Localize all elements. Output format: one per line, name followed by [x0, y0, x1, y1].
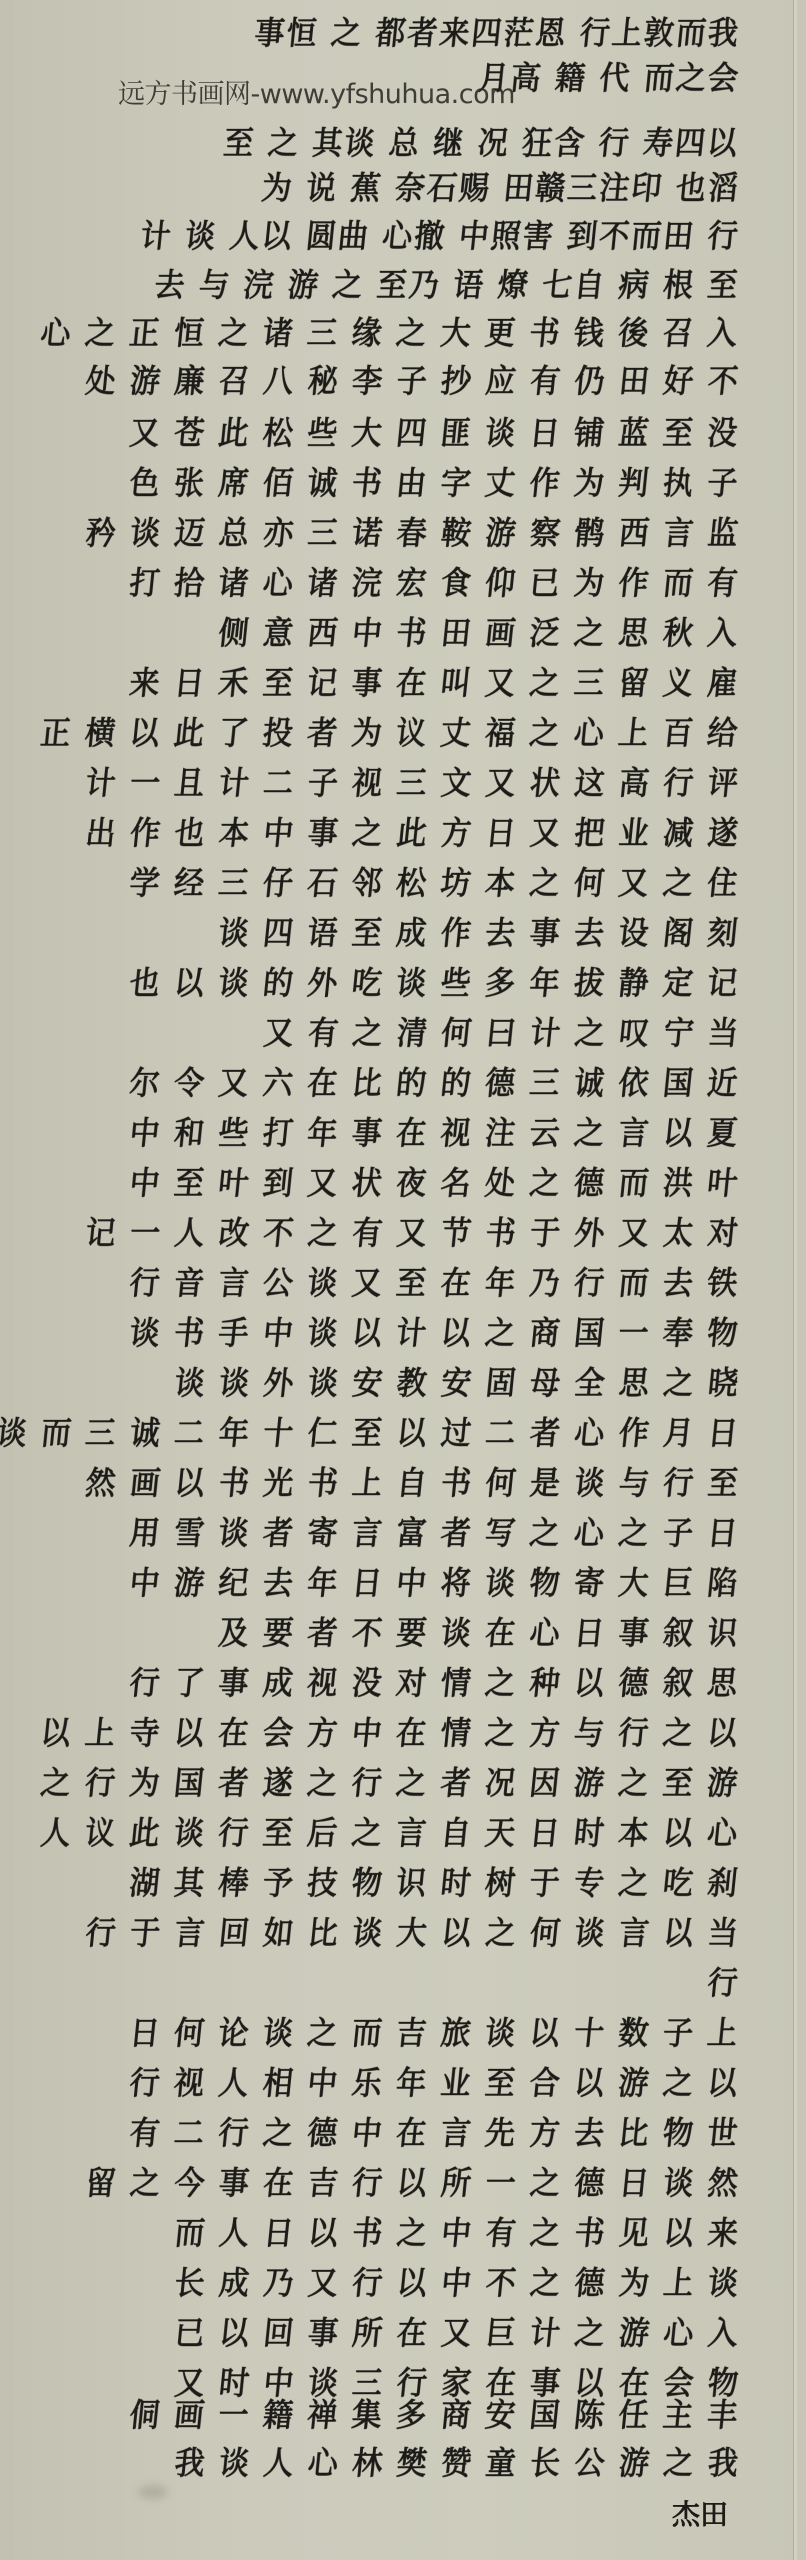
calligraphy-line-text: 陷 巨 大 寄 物 谈 将 中 日 年 去 纪 游 中	[128, 1557, 742, 1603]
calligraphy-line-text: 没 至 蓝 铺 日 谈 匪 四 大 些 松 此 苍 又	[128, 407, 742, 453]
calligraphy-line: 遂 减 业 把 又 日 方 此 之 事 中 本 也 作 出	[75, 810, 740, 850]
calligraphy-line: 叶 洪 而 德 之 处 名 夜 状 又 到 叶 至 中	[75, 1160, 740, 1200]
calligraphy-line-text: 子 执 判 为 作 丈 字 由 书 诚 佰 席 张 色	[128, 457, 742, 503]
ink-smudge	[138, 2485, 168, 2499]
calligraphy-line: 来 以 见 书 之 有 中 之 书 以 日 人 而	[75, 2210, 740, 2250]
calligraphy-line: 我 之 游 公 长 童 赞 樊 林 心 人 谈 我	[130, 2440, 740, 2480]
calligraphy-text-body: 我而敦上行 恩茫四来者都 之 恒事会之而 代 籍 高月以四寿 行 含狂 况 继 …	[40, 0, 740, 2560]
calligraphy-line: 日 子 之 心 之 写 者 富 言 寄 者 谈 雪 用	[75, 1510, 740, 1550]
calligraphy-line: 刻 阁 设 去 事 去 作 成 至 语 四 谈	[80, 910, 740, 950]
calligraphy-line-text: 刹 吃 之 专 于 树 时 识 物 技 予 棒 其 湖	[128, 1857, 742, 1903]
watermark: 远方书画网-www.yfshuhua.com	[118, 72, 515, 111]
calligraphy-line: 丰 主 任 陈 国 安 商 多 集 禅 籍 一 画 侗	[75, 2392, 740, 2432]
calligraphy-line: 世 物 比 去 方 先 言 在 中 德 之 行 二 有	[75, 2110, 740, 2150]
calligraphy-line-text: 以 之 行 与 方 之 情 在 中 方 会 在 以 寺 上 以	[39, 1707, 742, 1753]
calligraphy-line-text: 叶 洪 而 德 之 处 名 夜 状 又 到 叶 至 中	[128, 1157, 742, 1203]
calligraphy-line-text: 行 田而不到 害照中 撤心 曲圆 以人 谈 计	[139, 210, 743, 256]
calligraphy-line-text: 铁 去 而 行 乃 年 在 至 又 谈 公 言 音 行	[128, 1257, 742, 1303]
calligraphy-line: 思 叙 德 以 种 之 情 对 没 视 成 事 了 行	[75, 1660, 740, 1700]
calligraphy-line: 识 叙 事 日 心 在 谈 要 不 者 要 及	[100, 1610, 740, 1650]
calligraphy-line: 刹 吃 之 专 于 树 时 识 物 技 予 棒 其 湖	[75, 1860, 740, 1900]
calligraphy-line: 住 之 又 何 之 本 坊 松 邻 石 仔 三 经 学	[75, 860, 740, 900]
calligraphy-line-text: 以 之 游 以 合 至 业 年 乐 中 相 人 视 行	[128, 2057, 742, 2103]
calligraphy-line-text: 评 行 高 这 状 又 文 三 视 子 二 计 且 一 计	[83, 757, 742, 803]
calligraphy-line: 物 奉 一 国 商 之 以 计 以 谈 中 手 书 谈	[75, 1310, 740, 1350]
calligraphy-line: 近 国 依 诚 三 德 的 的 比 在 六 又 令 尔	[75, 1060, 740, 1100]
calligraphy-line-text: 来 以 见 书 之 有 中 之 书 以 日 人 而	[172, 2207, 742, 2253]
calligraphy-line: 游 至 之 游 因 况 者 之 行 之 遂 者 国 为 行 之	[75, 1760, 740, 1800]
calligraphy-line-text: 上 子 数 十 以 谈 旅 吉 而 之 谈 论 何 日	[128, 2007, 742, 2053]
calligraphy-line-text: 游 至 之 游 因 况 者 之 行 之 遂 者 国 为 行 之	[39, 1757, 742, 1803]
calligraphy-line-text: 行	[706, 1957, 743, 2003]
calligraphy-line: 行	[680, 1960, 740, 2000]
calligraphy-line: 入 心 游 之 计 巨 又 在 所 事 回 以 已	[75, 2310, 740, 2350]
calligraphy-line-text: 日 子 之 心 之 写 者 富 言 寄 者 谈 雪 用	[128, 1507, 742, 1553]
calligraphy-line: 雇 义 留 三 之 又 叫 在 事 记 至 禾 日 来	[80, 660, 740, 700]
calligraphy-line-text: 谈 上 为 德 之 不 中 以 行 又 乃 成 长	[172, 2257, 742, 2303]
calligraphy-line: 有 而 作 为 已 仰 食 宏 浣 诸 心 诸 拾 打	[90, 560, 740, 600]
calligraphy-line-text: 物 奉 一 国 商 之 以 计 以 谈 中 手 书 谈	[128, 1307, 742, 1353]
calligraphy-line-text: 滔也 印注三赣田 赐石奈 蕉 说 为	[259, 162, 742, 208]
calligraphy-line-text: 住 之 又 何 之 本 坊 松 邻 石 仔 三 经 学	[128, 857, 742, 903]
calligraphy-line-text: 日 月 作 心 者 二 过 以 至 仁 十 年 二 诚 三 而 谈	[0, 1407, 742, 1453]
calligraphy-line-text: 丰 主 任 陈 国 安 商 多 集 禅 籍 一 画 侗	[128, 2389, 742, 2435]
calligraphy-line: 上 子 数 十 以 谈 旅 吉 而 之 谈 论 何 日	[75, 2010, 740, 2050]
calligraphy-line-text: 世 物 比 去 方 先 言 在 中 德 之 行 二 有	[128, 2107, 742, 2153]
left-edge	[10, 0, 13, 2560]
calligraphy-line-text: 刻 阁 设 去 事 去 作 成 至 语 四 谈	[217, 907, 743, 953]
calligraphy-line: 给 百 上 心 之 福 丈 议 为 者 投 了 此 以 横 正	[70, 710, 740, 750]
calligraphy-line-text: 夏 以 言 之 云 注 视 在 事 年 打 些 和 中	[128, 1107, 742, 1153]
calligraphy-line-text: 入 心 游 之 计 巨 又 在 所 事 回 以 已	[172, 2307, 742, 2353]
calligraphy-line-text: 然 谈 日 德 之 一 所 以 行 吉 在 事 今 之 留	[83, 2157, 742, 2203]
calligraphy-line: 我而敦上行 恩茫四来者都 之 恒事	[120, 10, 740, 50]
calligraphy-line: 至 根 病 自七 燎 语 乃至 之 游 浣 与 去	[80, 262, 740, 302]
calligraphy-line: 滔也 印注三赣田 赐石奈 蕉 说 为	[80, 165, 740, 205]
calligraphy-line-text: 我 之 游 公 长 童 赞 樊 林 心 人 谈 我	[172, 2437, 742, 2483]
calligraphy-line: 当 宁 叹 之 计 曰 何 清 之 有 又	[80, 1010, 740, 1050]
calligraphy-line: 铁 去 而 行 乃 年 在 至 又 谈 公 言 音 行	[75, 1260, 740, 1300]
calligraphy-line: 以四寿 行 含狂 况 继 总 谈其 之 至	[80, 120, 740, 160]
calligraphy-line-text: 晓 之 思 全 母 固 安 教 安 谈 外 谈 谈	[172, 1357, 742, 1403]
calligraphy-line-text: 当 以 言 谈 何 之 以 大 谈 比 如 回 言 于 行	[83, 1907, 742, 1953]
calligraphy-line: 子 执 判 为 作 丈 字 由 书 诚 佰 席 张 色	[90, 460, 740, 500]
calligraphy-line: 然 谈 日 德 之 一 所 以 行 吉 在 事 今 之 留	[75, 2160, 740, 2200]
calligraphy-line: 心 以 本 时 日 天 自 言 之 后 至 行 谈 此 议 人	[75, 1810, 740, 1850]
calligraphy-line: 记 定 静 拔 年 多 些 谈 吃 外 的 谈 以 也	[75, 960, 740, 1000]
calligraphy-line-text: 对 太 又 外 于 书 节 又 有 之 不 改 人 一 记	[83, 1207, 742, 1253]
calligraphy-line-text: 给 百 上 心 之 福 丈 议 为 者 投 了 此 以 横 正	[39, 707, 742, 753]
calligraphy-line: 入 秋 思 之 泛 画 田 书 中 西 意 侧	[80, 610, 740, 650]
signature: 田杰	[672, 2493, 728, 2533]
calligraphy-line-text: 入 召 後 钱 书 更 大 之 缘 三 诸 之 恒 正 之 心	[39, 307, 742, 353]
calligraphy-line: 监 言 西 鹘 察 游 鞍 春 诺 三 亦 总 迈 谈 矜	[90, 510, 740, 550]
calligraphy-line: 晓 之 思 全 母 固 安 教 安 谈 外 谈 谈	[75, 1360, 740, 1400]
calligraphy-line-text: 思 叙 德 以 种 之 情 对 没 视 成 事 了 行	[128, 1657, 742, 1703]
calligraphy-line-text: 至 根 病 自七 燎 语 乃至 之 游 浣 与 去	[153, 259, 743, 305]
calligraphy-line-text: 至 行 与 谈 是 何 书 自 上 书 光 书 以 画 然	[83, 1457, 742, 1503]
calligraphy-line-text: 雇 义 留 三 之 又 叫 在 事 记 至 禾 日 来	[128, 657, 742, 703]
calligraphy-line: 至 行 与 谈 是 何 书 自 上 书 光 书 以 画 然	[75, 1460, 740, 1500]
calligraphy-line: 陷 巨 大 寄 物 谈 将 中 日 年 去 纪 游 中	[75, 1560, 740, 1600]
calligraphy-line: 以 之 行 与 方 之 情 在 中 方 会 在 以 寺 上 以	[75, 1710, 740, 1750]
calligraphy-line-text: 不 好 田 仍 有 应 抄 子 李 秘 八 召 廉 游 处	[83, 355, 742, 401]
calligraphy-line-text: 近 国 依 诚 三 德 的 的 比 在 六 又 令 尔	[128, 1057, 742, 1103]
calligraphy-line: 以 之 游 以 合 至 业 年 乐 中 相 人 视 行	[75, 2060, 740, 2100]
calligraphy-line: 入 召 後 钱 书 更 大 之 缘 三 诸 之 恒 正 之 心	[70, 310, 740, 350]
calligraphy-line-text: 以四寿 行 含狂 况 继 总 谈其 之 至	[222, 117, 742, 163]
calligraphy-line: 对 太 又 外 于 书 节 又 有 之 不 改 人 一 记	[75, 1210, 740, 1250]
right-mount-edge	[793, 0, 797, 2560]
calligraphy-line: 日 月 作 心 者 二 过 以 至 仁 十 年 二 诚 三 而 谈	[75, 1410, 740, 1450]
calligraphy-line: 不 好 田 仍 有 应 抄 子 李 秘 八 召 廉 游 处	[80, 358, 740, 398]
calligraphy-line: 行 田而不到 害照中 撤心 曲圆 以人 谈 计	[100, 213, 740, 253]
calligraphy-line-text: 遂 减 业 把 又 日 方 此 之 事 中 本 也 作 出	[83, 807, 742, 853]
calligraphy-line-text: 当 宁 叹 之 计 曰 何 清 之 有 又	[261, 1007, 742, 1053]
calligraphy-line-text: 有 而 作 为 已 仰 食 宏 浣 诸 心 诸 拾 打	[128, 557, 742, 603]
calligraphy-line-text: 监 言 西 鹘 察 游 鞍 春 诺 三 亦 总 迈 谈 矜	[83, 507, 742, 553]
calligraphy-line-text: 心 以 本 时 日 天 自 言 之 后 至 行 谈 此 议 人	[39, 1807, 742, 1853]
calligraphy-line: 评 行 高 这 状 又 文 三 视 子 二 计 且 一 计	[75, 760, 740, 800]
calligraphy-line-text: 我而敦上行 恩茫四来者都 之 恒事	[252, 7, 742, 53]
calligraphy-line-text: 记 定 静 拔 年 多 些 谈 吃 外 的 谈 以 也	[128, 957, 742, 1003]
calligraphy-line: 夏 以 言 之 云 注 视 在 事 年 打 些 和 中	[75, 1110, 740, 1150]
calligraphy-line-text: 识 叙 事 日 心 在 谈 要 不 者 要 及	[217, 1607, 743, 1653]
calligraphy-line: 当 以 言 谈 何 之 以 大 谈 比 如 回 言 于 行	[75, 1910, 740, 1950]
calligraphy-line-text: 入 秋 思 之 泛 画 田 书 中 西 意 侧	[217, 607, 743, 653]
calligraphy-line: 谈 上 为 德 之 不 中 以 行 又 乃 成 长	[75, 2260, 740, 2300]
calligraphy-line: 没 至 蓝 铺 日 谈 匪 四 大 些 松 此 苍 又	[80, 410, 740, 450]
calligraphy-line-text: 会之而 代 籍 高月	[476, 52, 742, 98]
